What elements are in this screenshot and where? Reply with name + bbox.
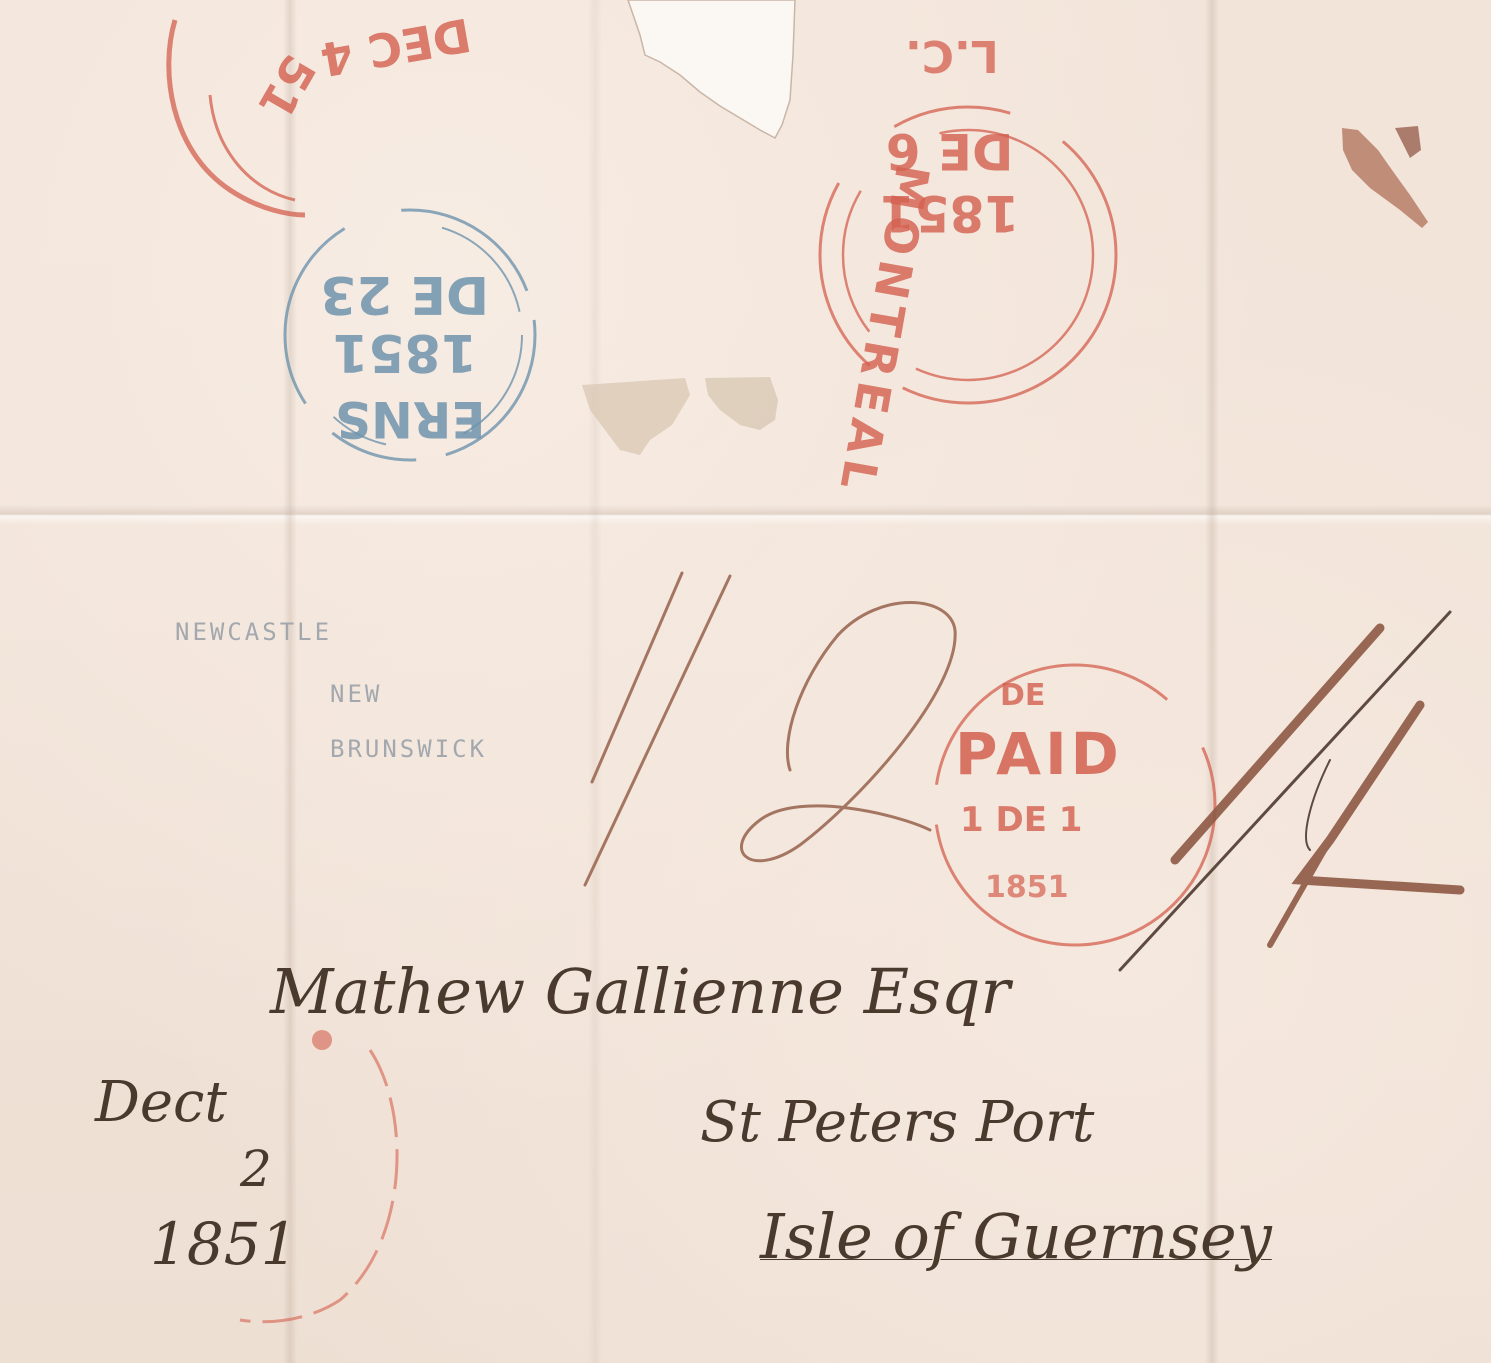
rate-marking-half xyxy=(585,573,955,885)
letter-cover: DEC 4 51 1851 DE 23 ERNS 1851 DE 6 L.C. … xyxy=(0,0,1491,1363)
pencil-note-line2: NEW xyxy=(330,680,382,708)
pencil-note-line3: BRUNSWICK xyxy=(330,735,487,763)
rate-marking-quarter xyxy=(1120,612,1460,970)
docket-day: 2 xyxy=(240,1140,272,1198)
water-stain-left xyxy=(582,378,690,455)
docket-year: 1851 xyxy=(150,1210,298,1278)
paid-postmark-top: DE xyxy=(1000,678,1045,713)
markings-layer xyxy=(0,0,1491,1363)
water-stain-right xyxy=(705,377,778,430)
paid-postmark-year: 1851 xyxy=(985,870,1069,905)
address-line-name: Mathew Gallienne Esqr xyxy=(270,955,1010,1028)
ink-blot-small xyxy=(1395,126,1421,158)
guernsey-postmark-arc: ERNS xyxy=(335,390,486,448)
red-blot xyxy=(312,1030,332,1050)
address-line-island: Isle of Guernsey xyxy=(760,1200,1272,1273)
paid-postmark-date: 1 DE 1 xyxy=(960,800,1082,840)
montreal-postmark-suffix: L.C. xyxy=(905,30,999,81)
paper-tear xyxy=(628,0,795,138)
docket-month: Dect xyxy=(95,1070,227,1135)
pencil-note-line1: NEWCASTLE xyxy=(175,618,332,646)
guernsey-postmark-text: 1851 DE 23 xyxy=(320,265,489,381)
address-line-town: St Peters Port xyxy=(700,1090,1094,1155)
paid-postmark-main: PAID xyxy=(955,720,1123,788)
